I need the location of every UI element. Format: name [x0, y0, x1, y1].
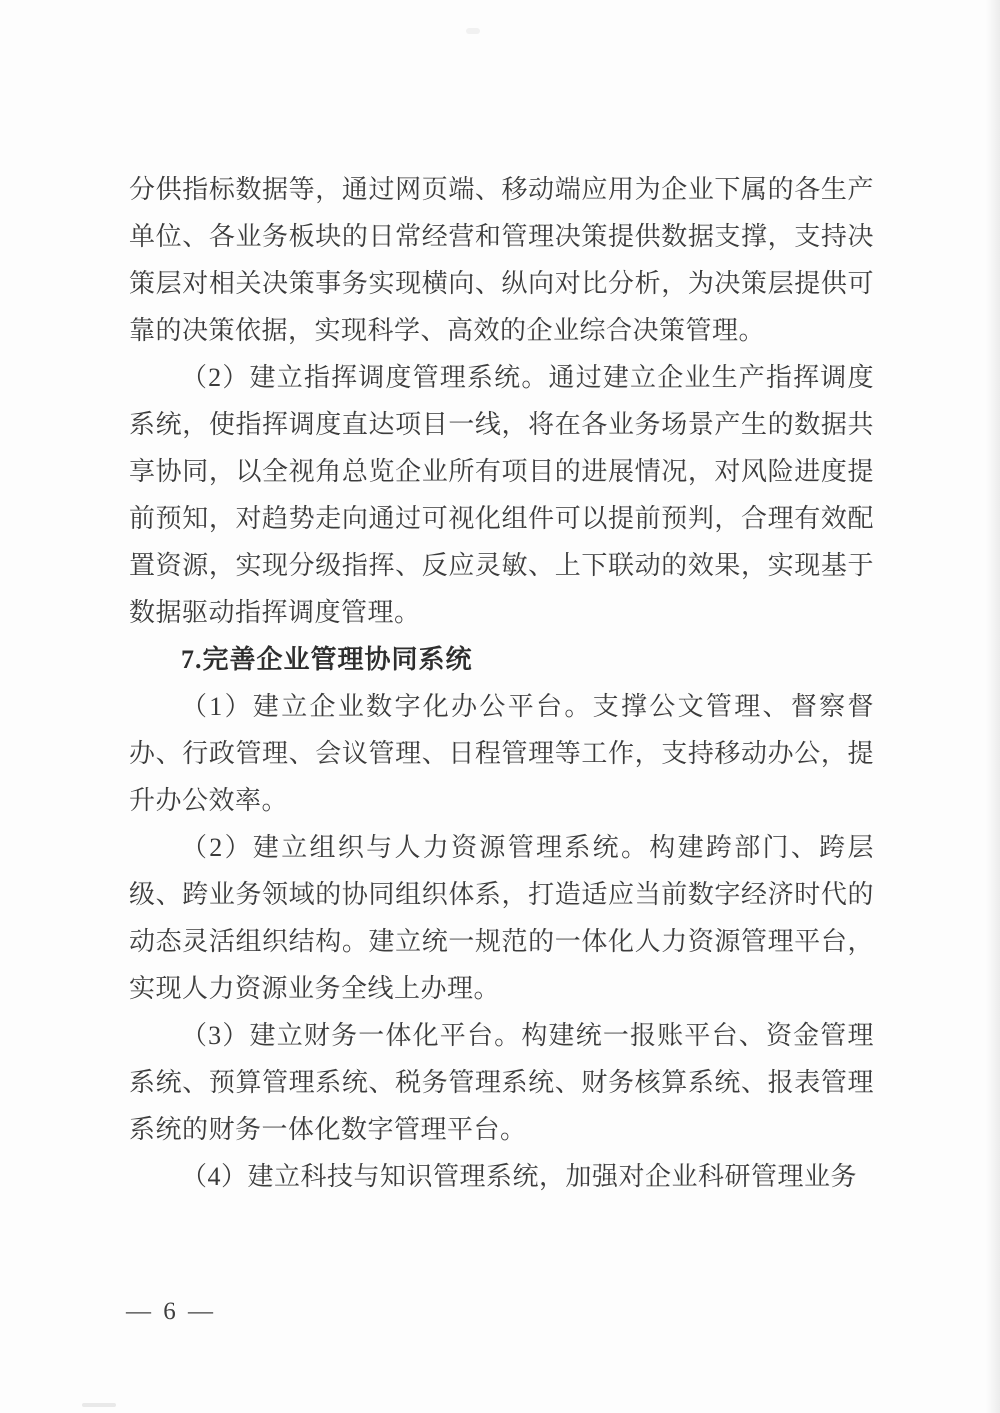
paragraph-hr-organization-system: （2）建立组织与人力资源管理系统。构建跨部门、跨层级、跨业务领域的协同组织体系，… — [129, 824, 874, 1012]
paragraph-digital-office-platform: （1）建立企业数字化办公平台。支撑公文管理、督察督办、行政管理、会议管理、日程管… — [129, 683, 874, 824]
paragraph-decision-support-continuation: 分供指标数据等，通过网页端、移动端应用为企业下属的各生产单位、各业务板块的日常经… — [129, 166, 874, 354]
document-body: 分供指标数据等，通过网页端、移动端应用为企业下属的各生产单位、各业务板块的日常经… — [129, 166, 874, 1200]
scan-edge-artifact — [986, 0, 1000, 1413]
section-heading-7-management-collaboration: 7.完善企业管理协同系统 — [129, 636, 874, 683]
scan-smudge-artifact-bottom — [82, 1403, 116, 1407]
paragraph-command-dispatch-system: （2）建立指挥调度管理系统。通过建立企业生产指挥调度系统，使指挥调度直达项目一线… — [129, 354, 874, 636]
document-page: 分供指标数据等，通过网页端、移动端应用为企业下属的各生产单位、各业务板块的日常经… — [0, 0, 1000, 1413]
scan-smudge-artifact-top — [466, 28, 480, 34]
page-number: — 6 — — [126, 1297, 216, 1327]
paragraph-tech-knowledge-system: （4）建立科技与知识管理系统，加强对企业科研管理业务 — [129, 1153, 874, 1200]
paragraph-finance-integration-platform: （3）建立财务一体化平台。构建统一报账平台、资金管理系统、预算管理系统、税务管理… — [129, 1012, 874, 1153]
